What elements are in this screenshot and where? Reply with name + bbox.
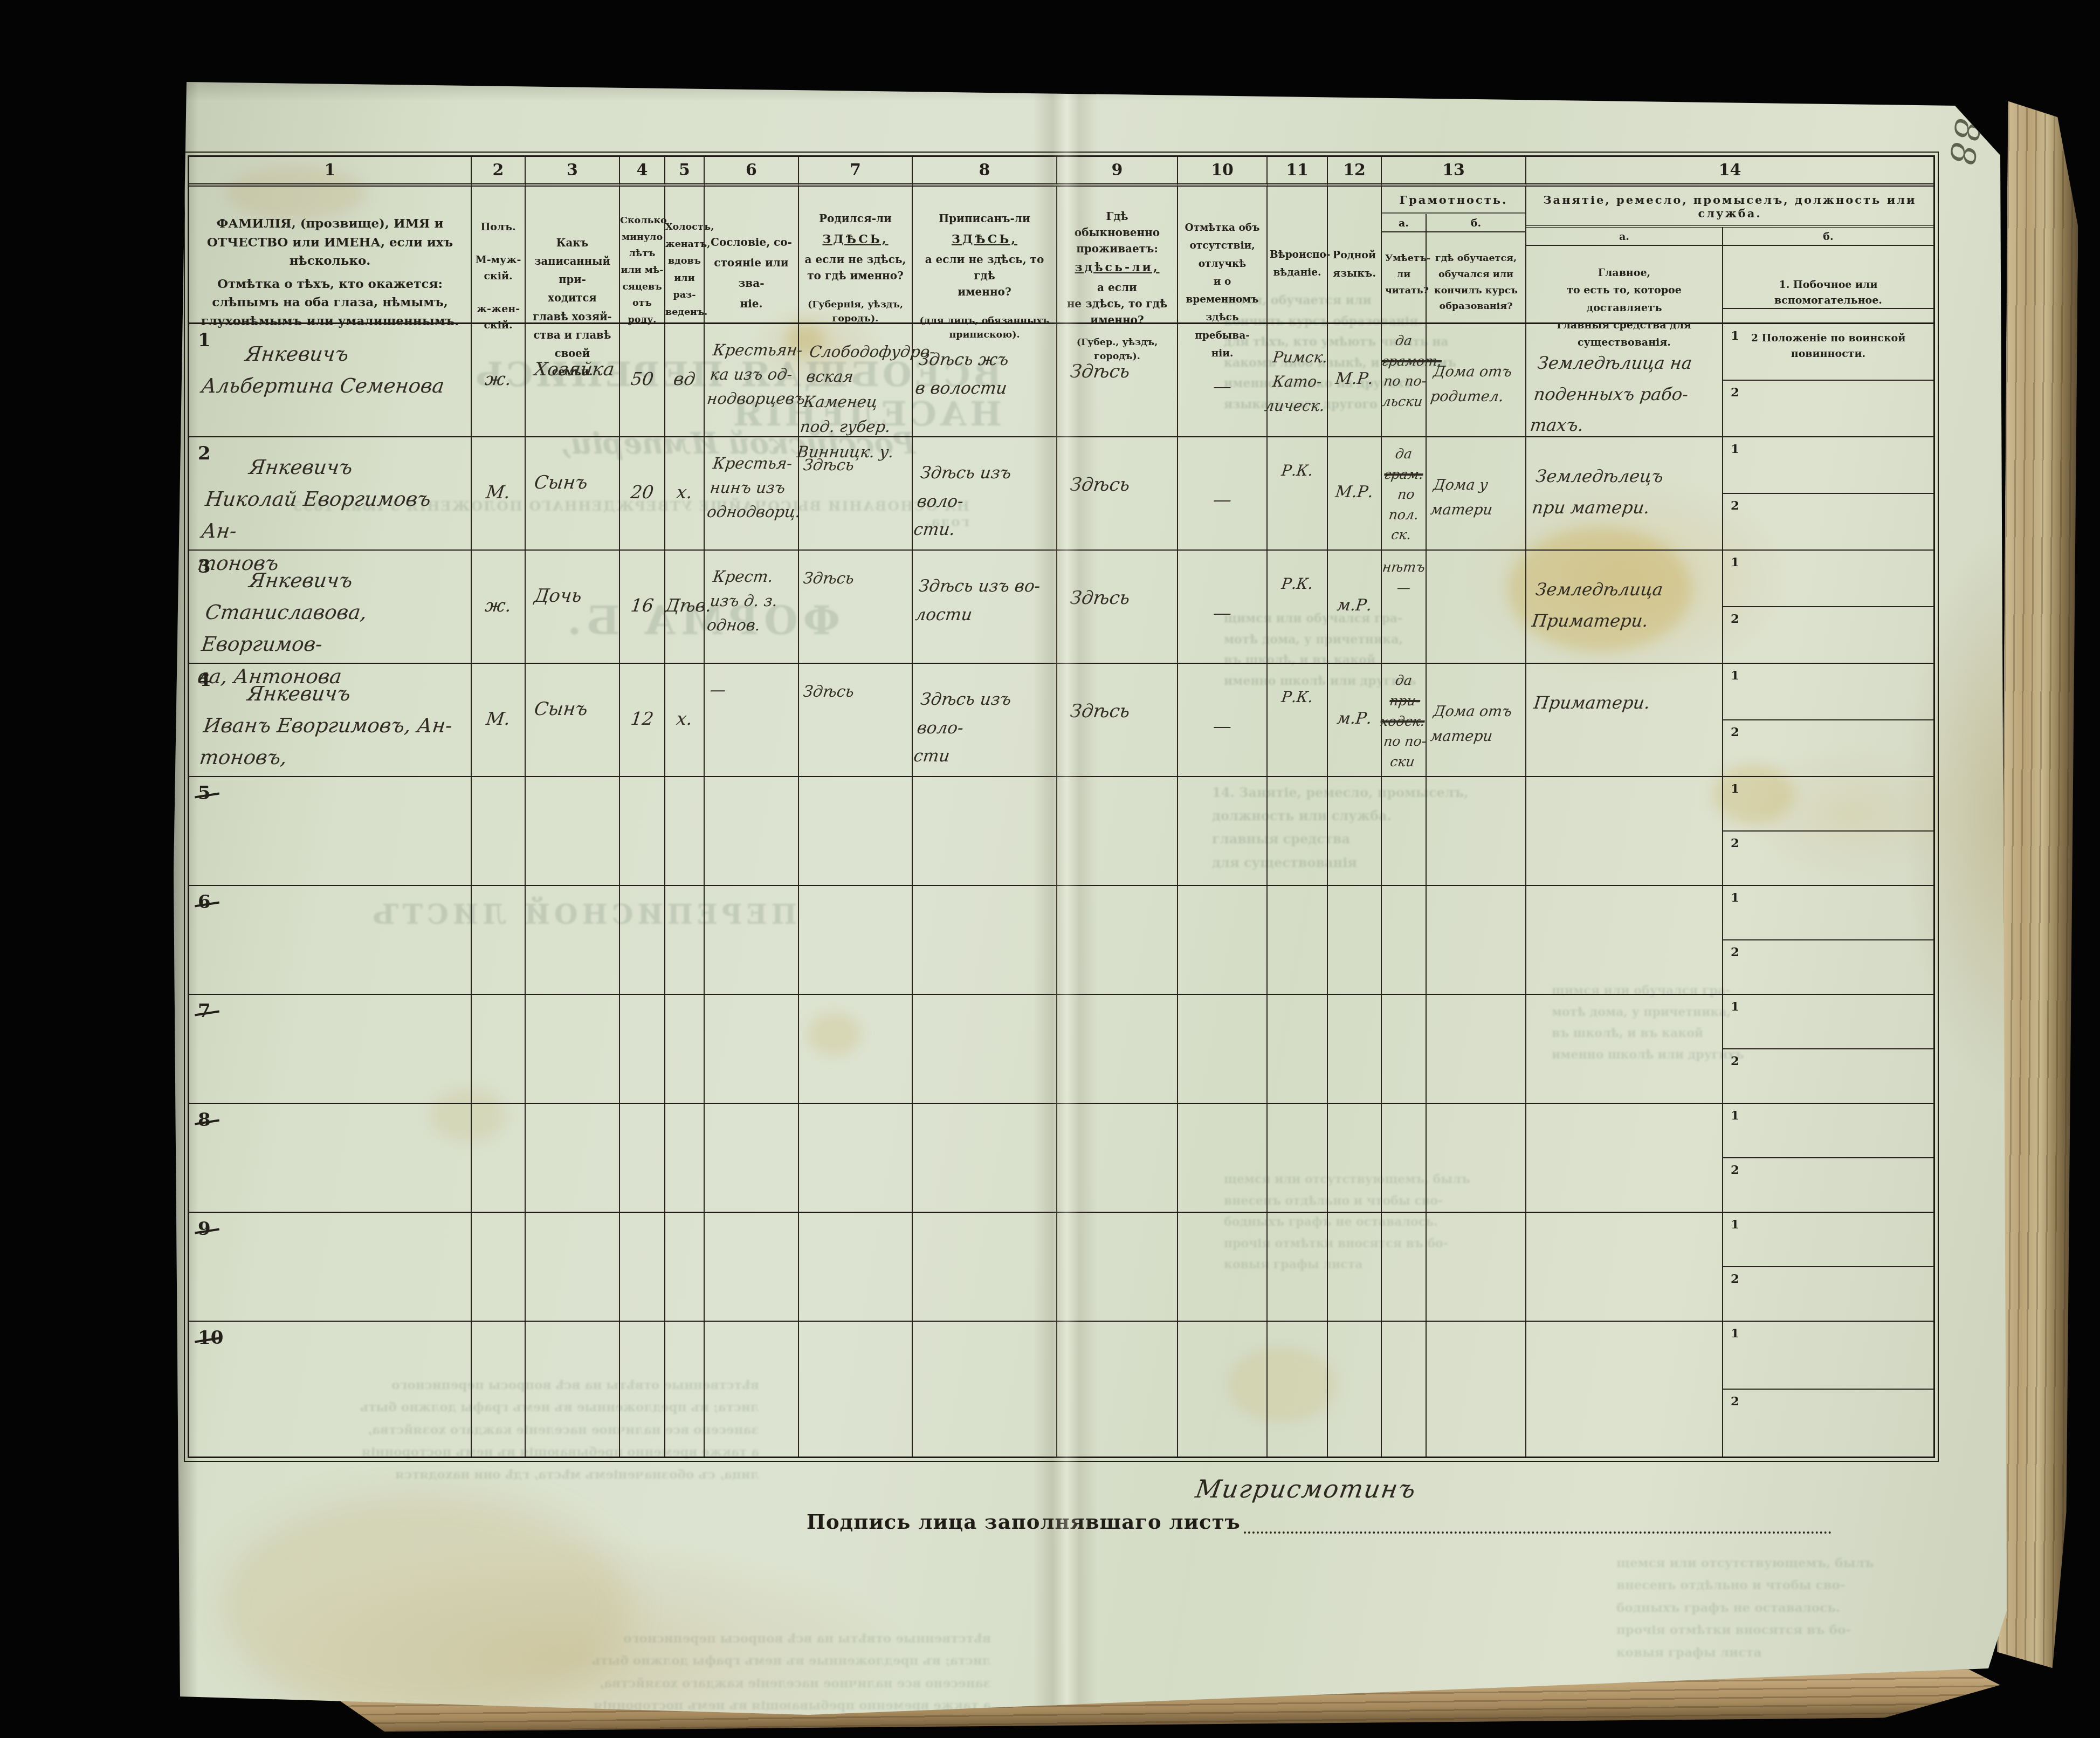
registration-value: Здѣсь изъ во- лости [914,572,1060,629]
occupation-main-cell [1526,777,1723,886]
header-literacy-b-text: гдѣ обучается, обучался или кончилъ курс… [1427,232,1525,315]
relation-cell [526,995,620,1104]
occupation-side-value [1722,777,1935,799]
sex-cell [472,995,526,1104]
religion-cell [1268,1104,1328,1213]
header-occupation-a-label: а. [1526,228,1722,246]
residence-cell [1057,886,1178,995]
literacy-where-cell [1427,886,1526,995]
religion-value: Р.К. [1266,685,1328,710]
column-number: 2 [472,157,526,187]
literacy-note: по по- ски [1379,731,1428,772]
marital-cell [665,1322,705,1457]
residence-cell: Здѣсь [1057,551,1178,664]
literacy-read-cell [1382,1213,1427,1322]
age-value: 16 [618,593,666,619]
language-cell [1328,995,1382,1104]
residence-value: Здѣсь [1069,698,1179,725]
occupation-side-cell: 1 2 [1723,324,1933,437]
age-value: 12 [618,706,666,732]
person-name [188,777,471,791]
column-number: 6 [705,157,799,187]
military-status-subcell: 2 [1723,607,1933,663]
birthplace-cell [799,1213,913,1322]
name-cell: 3 Янкевичъ Станиславова, Еворгимов- ва, … [189,551,472,664]
age-cell [620,995,665,1104]
header-religion: Вѣроиспо- вѣданіе. [1268,187,1328,324]
relation-value: Сынъ [533,696,621,723]
military-status-subcell: 2 [1723,832,1933,885]
occupation-side-value [1722,324,1935,346]
person-name [188,886,471,900]
residence-cell [1057,777,1178,886]
absence-cell [1178,777,1268,886]
sex-cell [472,1322,526,1457]
military-status-subcell: 2 [1723,1049,1933,1103]
absence-cell [1178,1104,1268,1213]
column-number: 13 [1382,157,1526,187]
occupation-main-value: Приматери. [1532,688,1724,719]
occupation-side-cell: 1 2 [1723,995,1933,1104]
military-status-subcell: 2 [1723,1267,1933,1321]
residence-cell: Здѣсь [1057,437,1178,551]
age-cell [620,777,665,886]
column-number: 5 [665,157,705,187]
birthplace-cell [799,1104,913,1213]
religion-value: Р.К. [1266,459,1328,483]
header-literacy: Грамотность. а. Умѣетъ- ли читать? б. гд… [1382,187,1526,324]
literacy-read-value: да [1381,331,1427,351]
marital-value: х. [664,479,705,505]
literacy-read-cell: нѣтъ — [1382,551,1427,664]
estate-cell [705,1322,799,1457]
occupation-side-cell: 1 2 [1723,664,1933,777]
occupation-main-value: Земледѣлица Приматери. [1530,574,1726,636]
absence-cell: — [1178,664,1268,777]
literacy-where-cell: Дома отъ матери [1427,664,1526,777]
occupation-side-cell: 1 2 [1723,1104,1933,1213]
occupation-side-cell: 1 2 [1723,1213,1933,1322]
military-status-subcell: 2 [1723,1158,1933,1212]
literacy-crossed-out: грам. [1381,464,1427,485]
estate-cell: Крест. изъ д. з. однов. [705,551,799,664]
name-cell: 5 [189,777,472,886]
estate-cell [705,995,799,1104]
language-cell: М.Р. [1328,324,1382,437]
birthplace-cell [799,995,913,1104]
side-occupation-subcell: 1 [1723,1213,1933,1267]
language-value: м.Р. [1326,594,1382,617]
occupation-side-cell: 1 2 [1723,1322,1933,1457]
relation-cell [526,1322,620,1457]
marital-cell [665,886,705,995]
absence-cell: — [1178,324,1268,437]
literacy-note: по по- льски [1379,371,1428,411]
language-value: М.Р. [1326,367,1382,391]
estate-cell [705,1213,799,1322]
side-occupation-subcell: 1 [1723,551,1933,607]
person-name: Янкевичъ Альбертина Семенова [184,324,476,402]
side-occupation-subcell: 1 [1723,437,1933,494]
military-status-subcell: 2 [1723,381,1933,436]
relation-value: Сынъ [533,470,621,496]
estate-cell: Крестья- нинъ изъ однодворц. [705,437,799,551]
column-number: 9 [1057,157,1178,187]
sex-cell [472,1104,526,1213]
literacy-where-cell [1427,1322,1526,1457]
absence-value: — [1176,713,1268,740]
literacy-where-cell: Дома отъ родител. [1427,324,1526,437]
occupation-main-value: Земледѣлица на поденныхъ рабо- тахъ. [1528,348,1727,441]
header-registration-pre: Приписанъ-ли [939,212,1030,225]
estate-value: Крестья- нинъ изъ однодворц. [706,451,803,524]
literacy-crossed-out: грамот. [1381,351,1427,372]
language-cell [1328,886,1382,995]
sex-value: ж. [470,593,526,619]
estate-cell: — [705,664,799,777]
registration-cell: Здѣсь изъ воло- сти. [913,437,1057,551]
name-cell: 1 Янкевичъ Альбертина Семенова [189,324,472,437]
sex-value: М. [470,479,526,505]
header-occupation: Занятіе, ремесло, промыселъ, должность и… [1526,187,1933,324]
literacy-note: — [1381,578,1427,598]
sex-cell: М. [472,664,526,777]
header-birthplace-emph: ЗДѢСЬ, [822,232,888,246]
header-registration: Приписанъ-ли ЗДѢСЬ, а если не здѣсь, то … [913,187,1057,324]
column-number: 7 [799,157,913,187]
relation-value: Хозяйка [533,356,621,383]
language-value: м.Р. [1326,707,1382,731]
occupation-main-cell: Приматери. [1526,664,1723,777]
birthplace-cell: Здѣсь [799,551,913,664]
column-number: 10 [1178,157,1268,187]
age-value: 20 [618,479,666,505]
registration-cell: Здѣсь жъ в волости [913,324,1057,437]
age-cell: 16 [620,551,665,664]
birthplace-cell [799,1322,913,1457]
absence-cell [1178,1322,1268,1457]
header-occupation-title: Занятіе, ремесло, промыселъ, должность и… [1526,187,1933,228]
person-name [188,1104,471,1118]
sex-cell: ж. [472,551,526,664]
side-occupation-subcell: 1 [1723,324,1933,381]
name-cell: 7 [189,995,472,1104]
military-value [1722,607,1935,629]
language-cell: м.Р. [1328,551,1382,664]
religion-cell [1268,995,1328,1104]
header-language: Родной языкъ. [1328,187,1382,324]
sex-value: М. [470,706,526,732]
absence-value: — [1176,600,1268,627]
estate-cell [705,1104,799,1213]
page-edge-shadow [171,64,2016,101]
occupation-main-cell [1526,1213,1723,1322]
stacked-page-edges-right [1997,101,2079,1668]
residence-value: Здѣсь [1069,585,1179,612]
side-occupation-subcell: 1 [1723,995,1933,1049]
occupation-main-cell [1526,1322,1723,1457]
residence-cell: Здѣсь [1057,324,1178,437]
military-value [1722,381,1935,402]
absence-cell [1178,1213,1268,1322]
header-birthplace-post: а если не здѣсь, то гдѣ именно? [803,251,907,284]
header-residence-pre: Гдѣ обыкновенно проживаетъ: [1062,208,1173,257]
header-estate: Сословіе, со- стояніе или зва- ніе. [705,187,799,324]
estate-value: Крест. изъ д. з. однов. [706,565,803,637]
birthplace-value: Здѣсь [802,566,913,590]
residence-cell [1057,1104,1178,1213]
language-cell [1328,777,1382,886]
birthplace-cell [799,777,913,886]
religion-value: Римск. Като- лическ. [1263,346,1332,418]
registration-value: Здѣсь жъ в волости [914,346,1060,402]
military-value [1722,1158,1935,1180]
religion-cell [1268,1213,1328,1322]
sex-value: ж. [470,366,526,392]
page-number-handwritten: 88 [1940,116,1987,170]
occupation-side-value [1722,995,1935,1016]
relation-cell [526,777,620,886]
side-occupation-subcell: 1 [1723,1322,1933,1390]
birthplace-value: Здѣсь [802,679,913,704]
column-number: 3 [526,157,620,187]
bleedthrough-text: щемся или отсутствующемъ, былъ внесенъ о… [1616,1552,1961,1664]
person-name [188,995,471,1009]
language-cell: М.Р. [1328,437,1382,551]
religion-cell [1268,886,1328,995]
literacy-read-cell [1382,1322,1427,1457]
occupation-side-cell: 1 2 [1723,437,1933,551]
residence-cell [1057,1213,1178,1322]
header-name-text: ФАМИЛІЯ, (прозвище), ИМЯ и ОТЧЕСТВО или … [197,215,463,271]
marital-cell [665,777,705,886]
marital-cell: вд [665,324,705,437]
religion-cell [1268,1322,1328,1457]
name-cell: 6 [189,886,472,995]
language-cell [1328,1322,1382,1457]
literacy-read-value: да [1381,444,1427,464]
absence-cell [1178,995,1268,1104]
header-sex: Полъ. М-муж- скій. ж-жен- скій. [472,187,526,324]
relation-cell: Сынъ [526,437,620,551]
occupation-main-cell: Земледѣлица на поденныхъ рабо- тахъ. [1526,324,1723,437]
occupation-side-cell: 1 2 [1723,777,1933,886]
sex-cell: М. [472,437,526,551]
header-name-note: Отмѣтка о тѣхъ, кто окажется: слѣпымъ на… [197,275,463,331]
language-value: М.Р. [1326,480,1382,504]
registration-cell [913,1104,1057,1213]
literacy-read-cell [1382,1104,1427,1213]
header-literacy-a-text: Умѣетъ- ли читать? [1382,232,1426,299]
age-value: 50 [618,366,666,392]
age-cell [620,886,665,995]
residence-value: Здѣсь [1069,359,1179,385]
military-status-subcell: 2 [1723,940,1933,994]
birthplace-cell: Здѣсь [799,664,913,777]
marital-cell [665,1104,705,1213]
occupation-main-cell [1526,1104,1723,1213]
registration-cell [913,777,1057,886]
birthplace-cell: Слободофудро- вская Каменец под. губер. … [799,324,913,437]
sex-cell [472,886,526,995]
marital-cell: х. [665,664,705,777]
occupation-side-cell: 1 2 [1723,886,1933,995]
side-occupation-subcell: 1 [1723,1104,1933,1158]
header-occupation-b1-text: 1. Побочное или вспомогательное. [1723,246,1933,309]
header-name: ФАМИЛІЯ, (прозвище), ИМЯ и ОТЧЕСТВО или … [189,187,472,324]
residence-cell [1057,1322,1178,1457]
relation-cell [526,1213,620,1322]
column-number: 12 [1328,157,1382,187]
occupation-main-cell [1526,995,1723,1104]
header-registration-emph: ЗДѢСЬ, [952,232,1017,246]
header-birthplace-note: (Губернія, уѣздъ, городъ). [803,298,907,326]
occupation-side-cell: 1 2 [1723,551,1933,664]
census-sheet: ВСЕОБЩАЯ ПЕРЕПИСЬ НАСЕЛЕНІЯ Россійской И… [171,64,2016,1727]
occupation-side-value [1722,1213,1935,1234]
age-cell: 50 [620,324,665,437]
literacy-read-cell [1382,886,1427,995]
relation-cell [526,1104,620,1213]
relation-cell: Дочь [526,551,620,664]
military-value [1722,1267,1935,1289]
occupation-side-value [1722,1104,1935,1125]
religion-cell: Р.К. [1268,551,1328,664]
header-age: Сколько минуло лѣтъ или мѣ- сяцевъ отъ р… [620,187,665,324]
absence-cell: — [1178,551,1268,664]
relation-value: Дочь [533,583,621,609]
literacy-read-cell: да грамот. по по- льски [1382,324,1427,437]
column-number: 8 [913,157,1057,187]
registration-value: Здѣсь изъ воло- сти [912,685,1061,771]
name-cell: 4 Янкевичъ Иванъ Еворгимовъ, Ан- тоновъ, [189,664,472,777]
footer-signature-line: Подпись лица заполнявшаго листъ [807,1510,1832,1534]
literacy-where-cell [1427,551,1526,664]
person-name: Янкевичъ Иванъ Еворгимовъ, Ан- тоновъ, [183,664,478,774]
header-birthplace: Родился-ли ЗДѢСЬ, а если не здѣсь, то гд… [799,187,913,324]
literacy-where-value: Дома у матери [1429,473,1528,523]
military-value [1722,720,1935,742]
residence-cell: Здѣсь [1057,664,1178,777]
side-occupation-subcell: 1 [1723,886,1933,940]
age-cell: 12 [620,664,665,777]
occupation-main-cell: Земледѣлецъ при матери. [1526,437,1723,551]
column-number: 11 [1268,157,1328,187]
header-residence: Гдѣ обыкновенно проживаетъ: здѣсь-ли, а … [1057,187,1178,324]
military-status-subcell: 2 [1723,1390,1933,1457]
signature-dotted-line [1244,1528,1832,1534]
side-occupation-subcell: 1 [1723,664,1933,720]
person-name [188,1322,471,1336]
language-cell [1328,1213,1382,1322]
literacy-read-cell: да при- ходск. по по- ски [1382,664,1427,777]
registration-cell: Здѣсь изъ во- лости [913,551,1057,664]
estate-cell: Крестьян- ка изъ од- нодворцевъ [705,324,799,437]
literacy-where-value: Дома отъ родител. [1429,360,1528,409]
literacy-where-cell [1427,995,1526,1104]
marital-value: вд [664,366,705,392]
header-literacy-a-label: а. [1382,214,1426,232]
name-cell: 8 [189,1104,472,1213]
estate-cell [705,777,799,886]
paper-stain [220,1493,630,1719]
age-cell [620,1322,665,1457]
column-number: 4 [620,157,665,187]
residence-value: Здѣсь [1069,472,1179,498]
relation-cell: Хозяйка [526,324,620,437]
occupation-side-value [1722,664,1935,685]
registration-cell [913,995,1057,1104]
column-number: 14 [1526,157,1933,187]
sex-cell [472,777,526,886]
estate-cell [705,886,799,995]
registration-cell [913,1213,1057,1322]
literacy-where-cell [1427,1213,1526,1322]
occupation-side-value [1722,1322,1935,1343]
marital-value: х. [664,706,705,732]
language-cell [1328,1104,1382,1213]
relation-cell: Сынъ [526,664,620,777]
military-status-subcell: 2 [1723,720,1933,776]
person-name [188,1213,471,1227]
footer-label: Подпись лица заполнявшаго листъ [807,1510,1241,1534]
header-literacy-title: Грамотность. [1382,187,1525,214]
birthplace-cell [799,886,913,995]
occupation-main-cell [1526,886,1723,995]
military-value [1722,494,1935,516]
literacy-read-cell [1382,995,1427,1104]
relation-cell [526,886,620,995]
side-occupation-subcell: 1 [1723,777,1933,832]
registration-cell [913,886,1057,995]
age-cell: 20 [620,437,665,551]
occupation-main-value: Земледѣлецъ при матери. [1530,461,1726,523]
language-cell: м.Р. [1328,664,1382,777]
religion-value: Р.К. [1266,572,1328,596]
residence-cell [1057,995,1178,1104]
occupation-side-value [1722,551,1935,572]
birthplace-value: Здѣсь [802,452,913,477]
estate-value: — [708,678,800,702]
birthplace-cell: Здѣсь [799,437,913,551]
occupation-main-cell: Земледѣлица Приматери. [1526,551,1723,664]
literacy-where-cell: Дома у матери [1427,437,1526,551]
absence-cell [1178,886,1268,995]
age-cell [620,1213,665,1322]
absence-value: — [1176,487,1268,513]
name-cell: 2 Янкевичъ Николай Еворгимовъ Ан- тоновъ [189,437,472,551]
military-status-subcell: 2 [1723,494,1933,549]
name-cell: 9 [189,1213,472,1322]
literacy-where-cell [1427,777,1526,886]
enumerator-signature: Мигрисмотинъ [1194,1474,1419,1503]
absence-cell: — [1178,437,1268,551]
header-literacy-b-label: б. [1427,214,1525,232]
literacy-read-value: да [1381,670,1427,691]
military-value [1722,940,1935,962]
occupation-side-value [1722,437,1935,459]
registration-cell: Здѣсь изъ воло- сти [913,664,1057,777]
occupation-side-value [1722,886,1935,908]
header-occupation-b-label: б. [1723,228,1933,246]
literacy-read-cell [1382,777,1427,886]
military-value [1722,1049,1935,1071]
religion-cell: Р.К. [1268,664,1328,777]
header-residence-emph: здѣсь-ли, [1075,260,1159,274]
military-value [1722,832,1935,853]
registration-value: Здѣсь изъ воло- сти. [912,459,1061,544]
estate-value: Крестьян- ка изъ од- нодворцевъ [706,338,803,411]
